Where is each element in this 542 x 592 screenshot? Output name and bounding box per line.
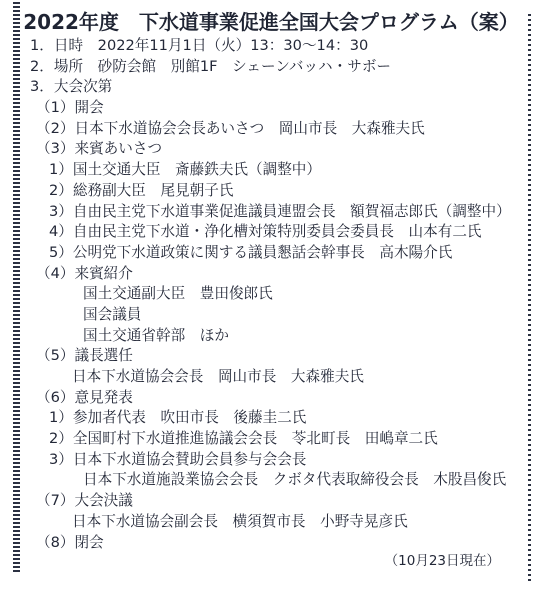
agenda-line: 2．場所 砂防会館 別館1F シェーンバッハ・サボー [0,57,542,78]
agenda-line: （3）来賓あいさつ [0,139,542,160]
agenda-line: 国土交通省幹部 ほか [0,326,542,347]
document-title: 2022年度 下水道事業促進全国大会プログラム（案） [20,6,522,35]
program-agenda: 1．日時 2022年11月1日（火）13：30～14：302．場所 砂防会館 別… [0,36,542,553]
as-of-date: （10月23日現在） [385,551,500,571]
agenda-line: （4）来賓紹介 [0,264,542,285]
agenda-line: 日本下水道協会副会長 横須賀市長 小野寺晃彦氏 [0,512,542,533]
agenda-line: 1）参加者代表 吹田市長 後藤圭二氏 [0,408,542,429]
agenda-line: 1）国土交通大臣 斎藤鉄夫氏（調整中） [0,160,542,181]
agenda-line: 国会議員 [0,305,542,326]
agenda-line: （1）開会 [0,98,542,119]
agenda-line: （7）大会決議 [0,491,542,512]
agenda-line: 5）公明党下水道政策に関する議員懇話会幹事長 高木陽介氏 [0,243,542,264]
agenda-line: 2）全国町村下水道推進協議会会長 苓北町長 田嶋章二氏 [0,429,542,450]
agenda-line: 3）自由民主党下水道事業促進議員連盟会長 額賀福志郎氏（調整中） [0,202,542,223]
agenda-line: 2）総務副大臣 尾見朝子氏 [0,181,542,202]
agenda-line: 日本下水道施設業協会会長 クボタ代表取締役会長 木股昌俊氏 [0,470,542,491]
agenda-line: 3．大会次第 [0,77,542,98]
agenda-line: 4）自由民主党下水道・浄化槽対策特別委員会委員長 山本有二氏 [0,222,542,243]
agenda-line: 日本下水道協会会長 岡山市長 大森雅夫氏 [0,367,542,388]
document-page: 2022年度 下水道事業促進全国大会プログラム（案） 1．日時 2022年11月… [0,0,542,592]
agenda-line: （6）意見発表 [0,388,542,409]
agenda-line: 1．日時 2022年11月1日（火）13：30～14：30 [0,36,542,57]
agenda-line: （2）日本下水道協会会長あいさつ 岡山市長 大森雅夫氏 [0,119,542,140]
agenda-line: 3）日本下水道協会賛助会員参与会会長 [0,450,542,471]
agenda-line: 国土交通副大臣 豊田俊郎氏 [0,284,542,305]
agenda-line: （5）議長選任 [0,346,542,367]
